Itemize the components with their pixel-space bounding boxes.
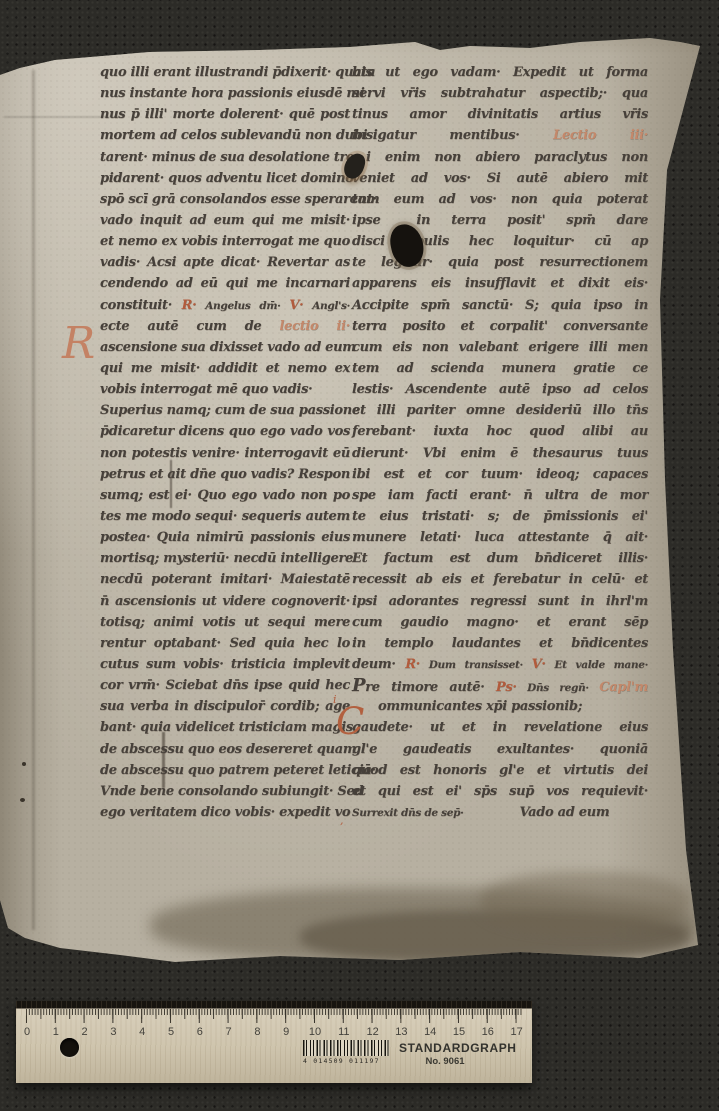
text-segment: et qui est ei' sp̄s sup̄ vos requievit·	[352, 784, 648, 799]
text-gap	[464, 815, 520, 816]
manuscript-line: dierunt· Vbi enim ē thesaurus tuus	[352, 443, 648, 464]
manuscript-line: nus p̄ illi' morte dolerent· quē post	[100, 104, 350, 125]
manuscript-line: apparens eis insufflavit et dixit eis·	[352, 273, 648, 294]
manuscript-line: i enim non abiero paraclytus non	[352, 147, 648, 168]
text-segment: Dn̄s regn̄·	[517, 682, 600, 694]
manuscript-line: cutus sum vobis· tristicia implevit	[100, 654, 350, 675]
text-segment: Dum transisset·	[420, 659, 532, 671]
manuscript-line: vobis interrogat mē quo vadis·	[100, 379, 350, 400]
ruler-cm-label: 1	[48, 1026, 64, 1038]
text-segment: rentur optabant· Sed quia hec lo	[100, 636, 350, 651]
text-segment: deum·	[352, 657, 405, 672]
ruler-cm-label: 8	[249, 1026, 265, 1038]
manuscript-line: cor vrm̄· Sciebat dn̄s ipse quid hec	[100, 675, 350, 696]
manuscript-line: spe iam facti erant· n̄ ultra de mor	[352, 485, 648, 506]
text-segment: Accipite spm̄ sanctū· S; quia ipso in	[352, 298, 648, 313]
manuscript-line: constituit· R· Angelus dm̄· V· Angl's·	[100, 295, 350, 316]
dropcap-initial-R: R	[62, 318, 95, 369]
text-segment: de abscessu quo eos desereret quam	[100, 742, 356, 757]
manuscript-line: quod est honoris gl'e et virtutis dei	[352, 760, 648, 781]
ruler-cm-label: 16	[480, 1026, 496, 1038]
text-segment: ommunicantes xp̄i passionib;	[378, 699, 582, 714]
margin-mark: i	[333, 693, 337, 706]
manuscript-line: qui me misit· addidit et nemo ex	[100, 358, 350, 379]
text-segment: non potestis venire· interrogavit eū	[100, 446, 350, 461]
text-segment: in terra posit' spm̄ dare	[416, 213, 648, 228]
manuscript-line: cendendo ad eū qui me incarnari	[100, 273, 350, 294]
text-segment: V·	[532, 657, 546, 672]
manuscript-line: totisq; animi votis ut sequi mere	[100, 612, 350, 633]
manuscript-line: ecte autē cum de lectio ii·	[100, 316, 350, 337]
text-segment: re timore autē·	[365, 680, 496, 695]
text-segment: pidarent· quos adventu licet domino	[100, 171, 354, 186]
ruler-hole	[60, 1038, 79, 1057]
manuscript-line: tam eum ad vos· non quia poterat	[352, 189, 648, 210]
manuscript-line: vadis· Acsi apte dicat· Revertar as	[100, 252, 350, 273]
manuscript-line: tinus amor divinitatis artius vr̄is	[352, 104, 648, 125]
text-segment: Surrexit dn̄s de sep̄·	[352, 807, 464, 819]
ruler-cm-label: 11	[336, 1026, 352, 1038]
ruler-cm-label: 9	[278, 1026, 294, 1038]
ruler-model: No. 9061	[399, 1056, 491, 1067]
text-segment: mortisq; mysteriū· necdū intelligere	[100, 551, 353, 566]
text-segment: servi vr̄is subtrahatur aspectib;· qua	[352, 86, 648, 101]
ruler-cm-label: 13	[393, 1026, 409, 1038]
text-segment: veniet ad vos· Si autē abiero mit	[352, 171, 648, 186]
manuscript-line: ipsi adorantes regressi sunt in ihrl'm	[352, 591, 648, 612]
manuscript-line: nus instante hora passionis eiusdē mi	[100, 83, 350, 104]
text-segment: mortem ad celos sublevandū non dubi	[100, 128, 367, 143]
text-segment: R·	[405, 657, 420, 672]
manuscript-line: n̄ ascensionis ut videre cognoverit·	[100, 591, 350, 612]
binding-dot	[22, 762, 26, 766]
text-segment: bant· quia videlicet tristiciam magis	[100, 720, 353, 735]
manuscript-line: Surrexit dn̄s de sep̄·Vado ad eum	[352, 802, 648, 823]
text-segment: lestis· Ascendente autē ipso ad celos	[352, 382, 648, 397]
text-segment: cum eis non valebant erigere illi men	[352, 340, 648, 355]
manuscript-line: ego veritatem dico vobis· expedit vo	[100, 802, 350, 823]
manuscript-line: Accipite spm̄ sanctū· S; quia ipso in	[352, 295, 648, 316]
text-segment: pulis hec loquitur· cū ap	[415, 234, 648, 249]
text-segment: Et valde mane·	[546, 659, 648, 671]
manuscript-line: mortisq; mysteriū· necdū intelligere	[100, 548, 350, 569]
manuscript-line: veniet ad vos· Si autē abiero mit	[352, 168, 648, 189]
manuscript-line: non potestis venire· interrogavit eū	[100, 443, 350, 464]
manuscript-line: cum eis non valebant erigere illi men	[352, 337, 648, 358]
gutter-fold	[32, 70, 35, 930]
manuscript-line: Et factum est dum bn̄diceret illis·	[352, 548, 648, 569]
text-segment: vadis· Acsi apte dicat· Revertar as	[100, 255, 350, 270]
manuscript-line: sumq; est ei· Quo ego vado non po	[100, 485, 350, 506]
text-segment: munere letati· luca attestante q̄ ait·	[352, 530, 648, 545]
manuscript-line: servi vr̄is subtrahatur aspectib;· qua	[352, 83, 648, 104]
text-segment: Ps·	[496, 680, 517, 695]
dropcap-initial-C: C	[336, 700, 364, 743]
text-segment: ascensione sua dixisset vado ad eum	[100, 340, 356, 355]
text-segment: vobis interrogat mē quo vadis·	[100, 382, 312, 397]
ruler-cm-label: 6	[192, 1026, 208, 1038]
text-segment: Et factum est dum bn̄diceret illis·	[352, 551, 648, 566]
manuscript-line: tarent· minus de sua desolatione tre	[100, 147, 350, 168]
manuscript-line: tes me modo sequi· sequeris autem	[100, 506, 350, 527]
text-segment: et nemo ex vobis interrogat me quo	[100, 234, 350, 249]
text-segment: V·	[289, 298, 303, 313]
text-segment: quod est honoris gl'e et virtutis dei	[352, 763, 648, 778]
water-stain	[480, 872, 690, 932]
manuscript-line: Superius namq; cum de sua passione	[100, 400, 350, 421]
barcode-digits: 4 014509 011197	[303, 1057, 389, 1065]
manuscript-line: mortem ad celos sublevandū non dubi	[100, 125, 350, 146]
text-segment: nus p̄ illi' morte dolerent· quē post	[100, 107, 350, 122]
manuscript-line: vado inquit ad eum qui me misit·	[100, 210, 350, 231]
manuscript-line: et illi pariter omne desideriū illo tn̄s	[352, 400, 648, 421]
text-segment: ibi est et cor tuum· ideoq; capaces	[352, 467, 648, 482]
ruler-mm-ticks	[26, 1009, 523, 1015]
text-segment: cendendo ad eū qui me incarnari	[100, 276, 350, 291]
water-stain	[300, 910, 690, 964]
text-segment: totisq; animi votis ut sequi mere	[100, 615, 350, 630]
text-segment: necdū poterant imitari· Maiestatē	[100, 572, 350, 587]
manuscript-line: cum gaudio magno· et erant sēp	[352, 612, 648, 633]
text-segment: tem ad scienda munera gratie ce	[352, 361, 648, 376]
manuscript-line: ferebant· iuxta hoc quod alibi au	[352, 421, 648, 442]
photo-stage: quo illi erant illustrandi p̄dixerit· qu…	[0, 0, 719, 1111]
manuscript-line: sua verba in discipulor̄ cordib; age	[100, 696, 350, 717]
text-segment: n̄ ascensionis ut videre cognoverit·	[100, 594, 350, 609]
manuscript-line: deum· R· Dum transisset· V· Et valde man…	[352, 654, 648, 675]
text-segment: Angl's·	[303, 300, 350, 312]
manuscript-line: in templo laudantes et bn̄dicentes	[352, 633, 648, 654]
text-segment: P	[352, 675, 365, 696]
ruler-cm-label: 5	[163, 1026, 179, 1038]
manuscript-line: spō scī grā consolandos esse sperarent·	[100, 189, 350, 210]
ruler-cm-ticks	[26, 1009, 523, 1023]
manuscript-line: terra posito et corpalit' conversante	[352, 316, 648, 337]
text-gap	[380, 223, 416, 224]
text-segment: nus instante hora passionis eiusdē mi	[100, 86, 365, 101]
text-segment: terra posito et corpalit' conversante	[352, 319, 648, 334]
text-segment: et illi pariter omne desideriū illo tn̄s	[352, 403, 648, 418]
text-segment: dierunt· Vbi enim ē thesaurus tuus	[352, 446, 648, 461]
text-segment: gaudete· ut et in revelatione eius	[352, 720, 648, 735]
text-segment: R·	[182, 298, 197, 313]
manuscript-line: Pre timore autē· Ps· Dn̄s regn̄· Capl'm	[352, 675, 648, 696]
text-segment: lectio ii·	[279, 319, 350, 334]
text-segment: Lectio iii·	[553, 128, 648, 143]
text-segment: Superius namq; cum de sua passione	[100, 403, 360, 418]
manuscript-line: ommunicantes xp̄i passionib;	[352, 696, 648, 717]
text-segment: spō scī grā consolandos esse sperarent·	[100, 192, 377, 207]
text-segment: gl'e gaudeatis exultantes· quoniā	[352, 742, 648, 757]
ruler-cm-label: 10	[307, 1026, 323, 1038]
ruler-cm-label: 4	[134, 1026, 150, 1038]
text-segment: spe iam facti erant· n̄ ultra de mor	[352, 488, 648, 503]
text-segment: postea· Quia nimirū passionis eius	[100, 530, 350, 545]
manuscript-line: de abscessu quo patrem peteret leticiā·	[100, 760, 350, 781]
binding-dot	[20, 798, 25, 802]
manuscript-line: lestis· Ascendente autē ipso ad celos	[352, 379, 648, 400]
text-segment: qui me misit· addidit et nemo ex	[100, 361, 350, 376]
text-segment: apparens eis insufflavit et dixit eis·	[352, 276, 648, 291]
manuscript-line: bis ut ego vadam· Expedit ut forma	[352, 62, 648, 83]
manuscript-line: p̄dicaretur dicens quo ego vado vos	[100, 421, 350, 442]
text-segment: cutus sum vobis· tristicia implevit	[100, 657, 350, 672]
text-segment: disci	[352, 234, 385, 249]
text-segment: cor vrm̄· Sciebat dn̄s ipse quid hec	[100, 678, 350, 693]
manuscript-line: rentur optabant· Sed quia hec lo	[100, 633, 350, 654]
text-segment: ecte autē cum de	[100, 319, 279, 334]
ruler-cm-label: 7	[221, 1026, 237, 1038]
text-segment: tes me modo sequi· sequeris autem	[100, 509, 350, 524]
manuscript-line: petrus et ait dn̄e quo vadis? Respon	[100, 464, 350, 485]
barcode: 4 014509 011197	[303, 1040, 389, 1066]
text-segment: tam eum ad vos· non quia poterat	[352, 192, 648, 207]
text-segment: te eius tristati· s; de p̄missionis ei'	[352, 509, 648, 524]
manuscript-line: bant· quia videlicet tristiciam magis	[100, 717, 350, 738]
margin-mark: ,	[340, 814, 344, 827]
text-segment: ipsi adorantes regressi sunt in ihrl'm	[352, 594, 648, 609]
text-column-right: bis ut ego vadam· Expedit ut formaservi …	[352, 62, 648, 823]
text-segment: recessit ab eis et ferebatur in celū· et	[352, 572, 648, 587]
text-segment: in templo laudantes et bn̄dicentes	[352, 636, 648, 651]
ruler-cm-label: 14	[422, 1026, 438, 1038]
manuscript-line: munere letati· luca attestante q̄ ait·	[352, 527, 648, 548]
text-segment: petrus et ait dn̄e quo vadis? Respon	[100, 467, 350, 482]
manuscript-line: de abscessu quo eos desereret quam	[100, 739, 350, 760]
text-segment: insigatur mentibus·	[352, 128, 553, 143]
text-segment: ipse	[352, 213, 380, 228]
ruler-cm-label: 17	[509, 1026, 525, 1038]
text-segment: vado inquit ad eum qui me misit·	[100, 213, 350, 228]
ruler-cm-label: 3	[105, 1026, 121, 1038]
barcode-bars	[303, 1040, 389, 1056]
manuscript-line: te eius tristati· s; de p̄missionis ei'	[352, 506, 648, 527]
text-segment: Angelus dm̄·	[196, 300, 289, 312]
water-stain	[150, 888, 695, 964]
ruler: 01234567891011121314151617 4 014509 0111…	[16, 1001, 532, 1083]
text-segment: de abscessu quo patrem peteret leticiā·	[100, 763, 376, 778]
ruler-cm-label: 12	[365, 1026, 381, 1038]
manuscript-line: gl'e gaudeatis exultantes· quoniā	[352, 739, 648, 760]
manuscript-line: recessit ab eis et ferebatur in celū· et	[352, 569, 648, 590]
text-segment: tinus amor divinitatis artius vr̄is	[352, 107, 648, 122]
manuscript-line: pidarent· quos adventu licet domino	[100, 168, 350, 189]
manuscript-line: quo illi erant illustrandi p̄dixerit· qu…	[100, 62, 350, 83]
text-segment: Vnde bene consolando subiungit· Sed	[100, 784, 363, 799]
ruler-brand: STANDARDGRAPH	[399, 1041, 517, 1055]
text-segment: constituit·	[100, 298, 182, 313]
text-segment: Capl'm	[599, 680, 648, 695]
text-segment: cum gaudio magno· et erant sēp	[352, 615, 648, 630]
ruler-cm-label: 2	[77, 1026, 93, 1038]
ruler-halfcm-ticks	[26, 1009, 523, 1019]
manuscript-line: gaudete· ut et in revelatione eius	[352, 717, 648, 738]
text-segment: bis ut ego vadam· Expedit ut forma	[352, 65, 648, 80]
text-segment: i enim non abiero paraclytus non	[366, 150, 648, 165]
ruler-cm-label: 0	[19, 1026, 35, 1038]
text-segment: quo illi erant illustrandi p̄dixerit· qu…	[100, 65, 375, 80]
text-segment: Vado ad eum	[520, 805, 610, 820]
text-segment: ferebant· iuxta hoc quod alibi au	[352, 424, 648, 439]
manuscript-line: ibi est et cor tuum· ideoq; capaces	[352, 464, 648, 485]
manuscript-line: Vnde bene consolando subiungit· Sed	[100, 781, 350, 802]
manuscript-line: tem ad scienda munera gratie ce	[352, 358, 648, 379]
manuscript-line: necdū poterant imitari· Maiestatē	[100, 569, 350, 590]
text-segment: ego veritatem dico vobis· expedit vo	[100, 805, 350, 820]
manuscript-line: postea· Quia nimirū passionis eius	[100, 527, 350, 548]
manuscript-line: et qui est ei' sp̄s sup̄ vos requievit·	[352, 781, 648, 802]
ruler-cm-label: 15	[451, 1026, 467, 1038]
text-segment: sumq; est ei· Quo ego vado non po	[100, 488, 350, 503]
text-segment: sua verba in discipulor̄ cordib; age	[100, 699, 350, 714]
text-segment: tarent· minus de sua desolatione tre	[100, 150, 354, 165]
text-segment: p̄dicaretur dicens quo ego vado vos	[100, 424, 350, 439]
manuscript-line: insigatur mentibus· Lectio iii·	[352, 125, 648, 146]
text-column-left: quo illi erant illustrandi p̄dixerit· qu…	[100, 62, 350, 823]
manuscript-line: et nemo ex vobis interrogat me quo	[100, 231, 350, 252]
manuscript-line: ascensione sua dixisset vado ad eum	[100, 337, 350, 358]
